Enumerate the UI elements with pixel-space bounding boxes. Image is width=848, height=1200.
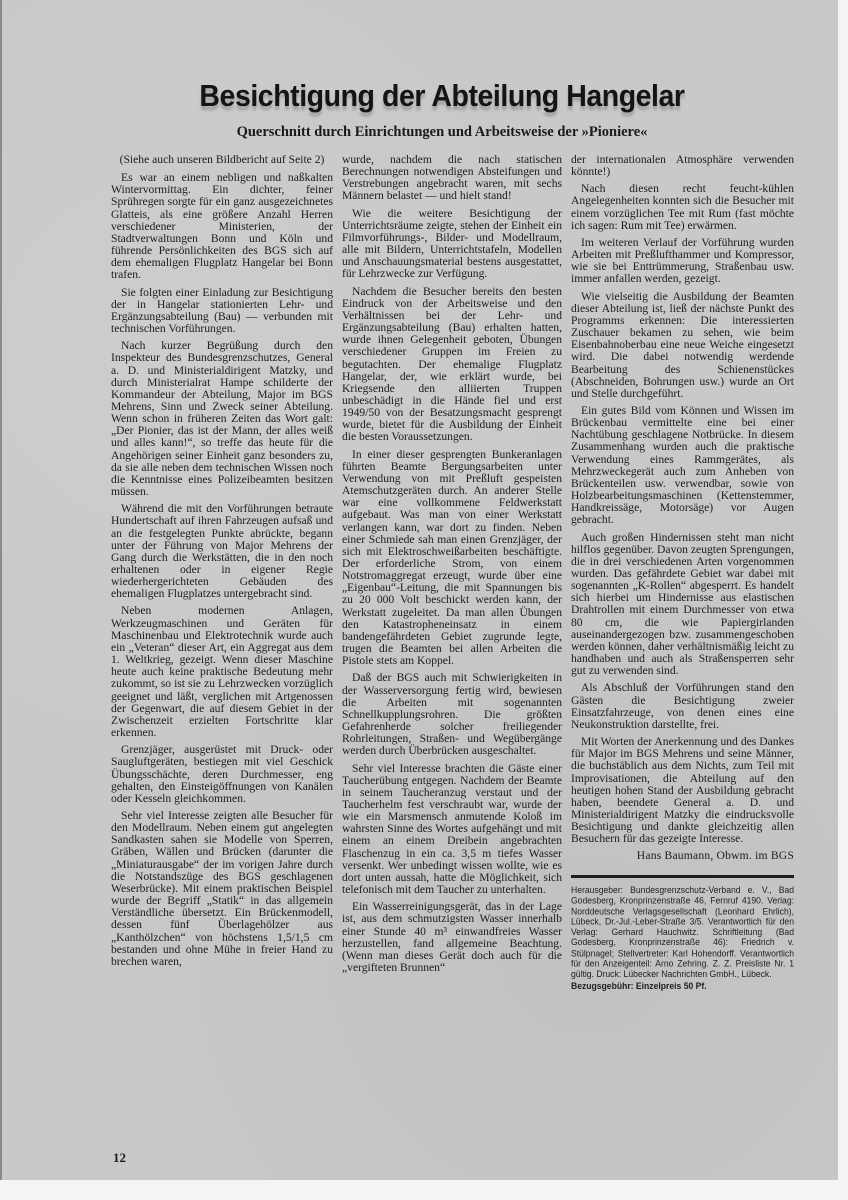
page-number: 12 bbox=[113, 1150, 126, 1166]
article-paragraph: wurde, nachdem die nach statischen Berec… bbox=[342, 154, 562, 203]
article-paragraph: Sehr viel Interesse zeigten alle Besuche… bbox=[111, 810, 333, 968]
article-column-1: (Siehe auch unseren Bildbericht auf Seit… bbox=[111, 154, 333, 973]
article-paragraph: Wie vielseitig die Ausbildung der Beamte… bbox=[571, 291, 794, 400]
article-paragraph: Nachdem die Besucher bereits den besten … bbox=[342, 286, 562, 444]
article-paragraph: Grenzjäger, ausgerüstet mit Druck- oder … bbox=[111, 744, 333, 805]
article-paragraph: Wie die weitere Besichtigung der Unterri… bbox=[342, 208, 562, 281]
article-paragraph: Nach kurzer Begrüßung durch den Inspekte… bbox=[111, 340, 333, 498]
article-paragraph: Sie folgten einer Einladung zur Besichti… bbox=[111, 287, 333, 336]
article-paragraph: Auch großen Hindernissen steht man nicht… bbox=[571, 532, 794, 678]
newspaper-page: Besichtigung der Abteilung Hangelar Quer… bbox=[0, 0, 838, 1180]
article-paragraph: In einer dieser gesprengten Bunkeranlage… bbox=[342, 449, 562, 668]
article-paragraph: Im weiteren Verlauf der Vorführung wurde… bbox=[571, 237, 794, 286]
imprint-divider bbox=[571, 875, 794, 878]
article-column-3: der internationalen Atmosphäre verwenden… bbox=[571, 154, 794, 990]
article-paragraph: Ein Wasserreinigungsgerät, das in der La… bbox=[342, 901, 562, 974]
article-paragraph: Es war an einem nebligen und naßkalten W… bbox=[111, 172, 333, 281]
article-paragraph: Während die mit den Vorführungen betraut… bbox=[111, 503, 333, 600]
article-paragraph: Sehr viel Interesse brachten die Gäste e… bbox=[342, 763, 562, 897]
cross-reference-note: (Siehe auch unseren Bildbericht auf Seit… bbox=[111, 154, 333, 166]
article-headline: Besichtigung der Abteilung Hangelar bbox=[184, 78, 699, 114]
article-paragraph: Daß der BGS auch mit Schwierigkeiten in … bbox=[342, 672, 562, 757]
article-paragraph: der internationalen Atmosphäre verwenden… bbox=[571, 154, 794, 178]
article-column-2: wurde, nachdem die nach statischen Berec… bbox=[342, 154, 562, 979]
article-paragraph: Ein gutes Bild vom Können und Wissen im … bbox=[571, 405, 794, 527]
subscription-price: Bezugsgebühr: Einzelpreis 50 Pf. bbox=[571, 980, 794, 991]
publisher-imprint: Herausgeber: Bundesgrenzschutz-Verband e… bbox=[571, 885, 794, 991]
imprint-text: Herausgeber: Bundesgrenzschutz-Verband e… bbox=[571, 885, 794, 979]
article-paragraph: Nach diesen recht feucht-kühlen Angelege… bbox=[571, 183, 794, 232]
article-paragraph: Neben modernen Anlagen, Werkzeugmaschine… bbox=[111, 605, 333, 739]
article-paragraph: Als Abschluß der Vorführungen stand den … bbox=[571, 682, 794, 731]
article-paragraph: Mit Worten der Anerkennung und des Danke… bbox=[571, 736, 794, 845]
article-byline: Hans Baumann, Obwm. im BGS bbox=[571, 850, 794, 862]
article-subheadline: Querschnitt durch Einrichtungen und Arbe… bbox=[162, 124, 722, 141]
